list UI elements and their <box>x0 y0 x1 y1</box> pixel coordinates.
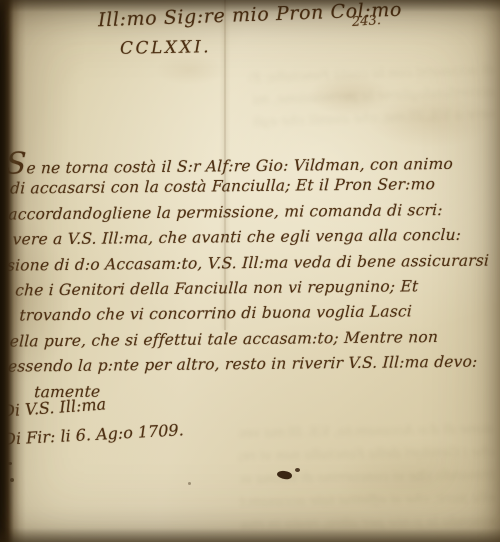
letter-body: Se ne torna costà il S:r Alf:re Gio: Vil… <box>6 146 500 405</box>
date-line: Di Fir: li 6. Ag:o 1709. <box>3 420 185 448</box>
bleed-through-line: trovando che vi concorrino di buona vogl… <box>240 464 495 491</box>
bleed-through-line: che i Genitori della Fanciulla non vi re… <box>239 441 494 468</box>
bleed-through-text: sione di d:o Accasam:to, V.S. Ill:ma ved… <box>239 418 496 537</box>
book-binding-edge <box>0 0 26 542</box>
bleed-through-line: di accasarsi con la costà Fanciulla; Et … <box>249 60 495 91</box>
ink-dot <box>295 468 300 472</box>
bleed-through-line: vere a V.S. Ill:ma, che avanti che egli … <box>250 104 496 135</box>
bleed-through-text: di accasarsi con la costà Fanciulla; Et … <box>249 60 496 135</box>
ink-speck <box>188 482 191 485</box>
bleed-through-line: ella pure, che si effettui tale accasam:… <box>240 487 495 514</box>
bottom-shadow <box>0 528 500 542</box>
bleed-through-line: sione di d:o Accasam:to, V.S. Ill:ma ved… <box>239 418 494 445</box>
document-number: CCLXXI. <box>120 37 211 59</box>
top-shadow <box>0 0 500 12</box>
bleed-through-line: accordandogliene la permissione, mi coma… <box>250 82 496 113</box>
manuscript-page: di accasarsi con la costà Fanciulla; Et … <box>0 0 500 542</box>
ink-blot <box>276 469 292 480</box>
page-number: 243. <box>352 13 382 30</box>
